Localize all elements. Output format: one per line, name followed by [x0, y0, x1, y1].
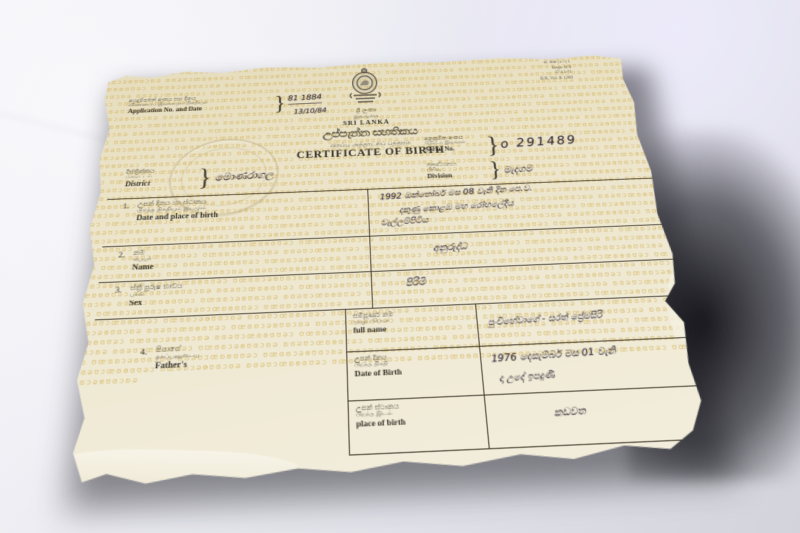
district-field: දිස්ත්‍රික්කය மாவட்டம் District	[125, 167, 197, 189]
row1-number: 1.	[123, 202, 130, 211]
row3-value-line: පිරිමි	[405, 277, 426, 289]
serial-field: අනුක්‍රමික අංකය தொடர் இலக்கம் Serial No.	[424, 134, 485, 153]
district-brace: }	[198, 164, 212, 192]
form-reference-fine-print: B. 988 (1/7) 1 Regn. B 8 17-11-71 B.B. V…	[466, 60, 573, 85]
row2-number: 2.	[118, 250, 125, 259]
father-pob-value: කඩවත	[553, 406, 586, 420]
row4-number: 4.	[140, 347, 147, 357]
row2-value-line: අනුරුද්ධ	[432, 241, 467, 254]
division-field: කොට්ඨාසය பிரிவு Division	[426, 161, 488, 181]
photo-background: ʚɞəʊɔœʚɵɞʊəɔ ʊœɞʚɔəɵʊɞɔʚə ʚɞəʊɔœʚɵɞʊəɔ ʊ…	[0, 0, 800, 533]
sri-lanka-emblem-icon	[343, 65, 387, 111]
application-brace: }	[274, 93, 285, 116]
application-no-value: 81 1884	[288, 93, 322, 105]
row3-number: 3.	[115, 285, 122, 294]
division-value: මැදගම	[503, 164, 533, 176]
birth-certificate-document: ʚɞəʊɔœʚɵɞʊəɔ ʊœɞʚɔəɵʊɞɔʚə ʚɞəʊɔœʚɵɞʊəɔ ʊ…	[58, 51, 718, 489]
